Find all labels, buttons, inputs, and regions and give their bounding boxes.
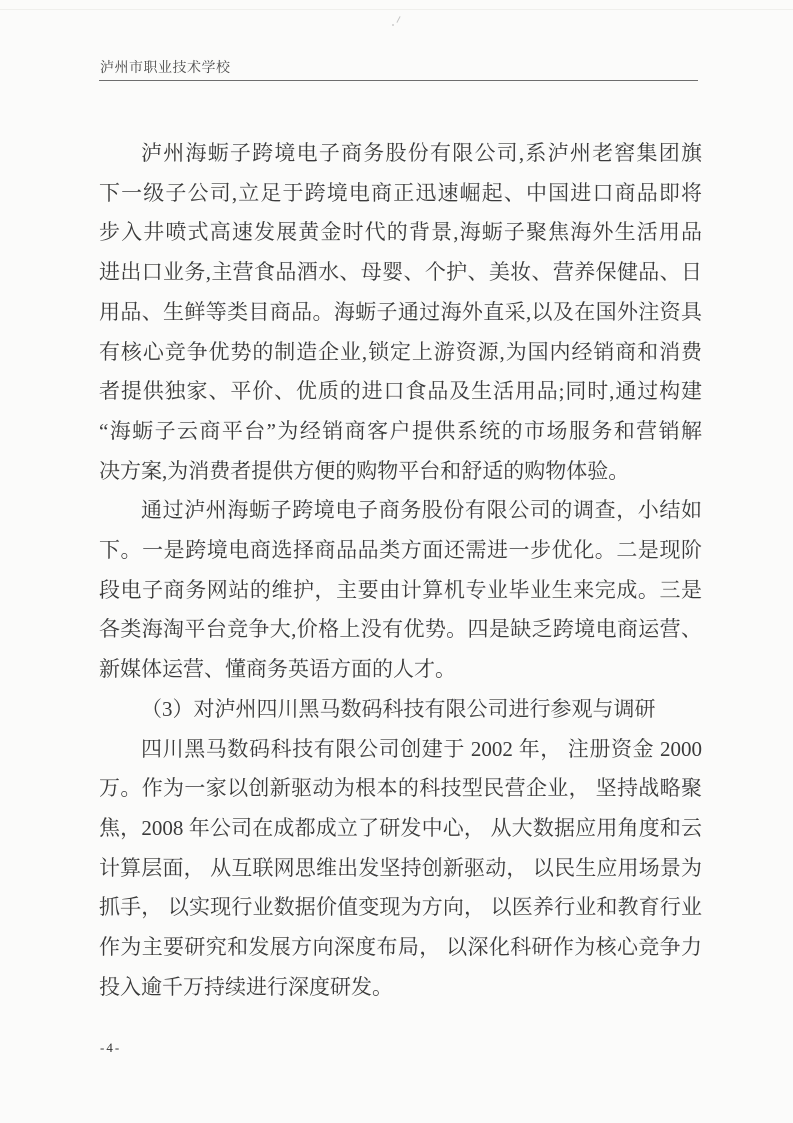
paragraph-survey-summary: 通过泸州海蛎子跨境电子商务股份有限公司的调查，小结如下。一是跨境电商选择商品品类… — [99, 491, 702, 690]
text-line: 万。作为一家以创新驱动为根本的科技型民营企业， 坚持战略聚 — [99, 769, 702, 809]
text-line: 新媒体运营、懂商务英语方面的人才。 — [99, 650, 702, 690]
text-line: 段电子商务网站的维护，主要由计算机专业毕业生来完成。三是 — [99, 571, 702, 611]
text-line: 四川黑马数码科技有限公司创建于 2002 年， 注册资金 2000 — [99, 730, 702, 770]
text-line: 抓手， 以实现行业数据价值变现为方向， 以医养行业和教育行业 — [99, 888, 702, 928]
document-body: 泸州海蛎子跨境电子商务股份有限公司,系泸州老窖集团旗下一级子公司,立足于跨境电商… — [99, 134, 702, 1007]
text-line: 下一级子公司,立足于跨境电商正迅速崛起、中国进口商品即将 — [99, 174, 702, 214]
paragraph-heima-company-intro: 四川黑马数码科技有限公司创建于 2002 年， 注册资金 2000万。作为一家以… — [99, 730, 702, 1008]
text-line: 焦，2008 年公司在成都成立了研发中心， 从大数据应用角度和云 — [99, 809, 702, 849]
header-rule — [99, 80, 698, 81]
text-line: 进出口业务,主营食品酒水、母婴、个护、美妆、营养保健品、日 — [99, 253, 702, 293]
text-line: 用品、生鲜等类目商品。海蛎子通过海外直采,以及在国外注资具 — [99, 293, 702, 333]
text-line: （3）对泸州四川黑马数码科技有限公司进行参观与调研 — [99, 690, 702, 730]
text-line: 通过泸州海蛎子跨境电子商务股份有限公司的调查，小结如 — [99, 491, 702, 531]
text-line: “海蛎子云商平台”为经销商客户提供系统的市场服务和营销解 — [99, 412, 702, 452]
text-line: 有核心竞争优势的制造企业,锁定上游资源,为国内经销商和消费 — [99, 333, 702, 373]
scan-smudge-artifact — [390, 16, 404, 28]
paragraph-hailizi-company-intro: 泸州海蛎子跨境电子商务股份有限公司,系泸州老窖集团旗下一级子公司,立足于跨境电商… — [99, 134, 702, 491]
text-line: 步入井喷式高速发展黄金时代的背景,海蛎子聚焦海外生活用品 — [99, 213, 702, 253]
footer-page-number: -4- — [100, 1040, 121, 1056]
header-school-name: 泸州市职业技术学校 — [100, 57, 231, 77]
text-line: 作为主要研究和发展方向深度布局， 以深化科研作为核心竞争力 — [99, 928, 702, 968]
text-line: 各类海淘平台竞争大,价格上没有优势。四是缺乏跨境电商运营、 — [99, 610, 702, 650]
document-page: 泸州市职业技术学校 泸州海蛎子跨境电子商务股份有限公司,系泸州老窖集团旗下一级子… — [0, 0, 793, 1123]
text-line: 计算层面， 从互联网思维出发坚持创新驱动， 以民生应用场景为 — [99, 849, 702, 889]
text-line: 下。一是跨境电商选择商品品类方面还需进一步优化。二是现阶 — [99, 531, 702, 571]
text-line: 投入逾千万持续进行深度研发。 — [99, 968, 702, 1008]
text-line: 泸州海蛎子跨境电子商务股份有限公司,系泸州老窖集团旗 — [99, 134, 702, 174]
scan-streak-artifact — [0, 9, 793, 10]
text-line: 决方案,为消费者提供方便的购物平台和舒适的购物体验。 — [99, 452, 702, 492]
text-line: 者提供独家、平价、优质的进口食品及生活用品;同时,通过构建 — [99, 372, 702, 412]
paragraph-heading-heima-visit: （3）对泸州四川黑马数码科技有限公司进行参观与调研 — [99, 690, 702, 730]
